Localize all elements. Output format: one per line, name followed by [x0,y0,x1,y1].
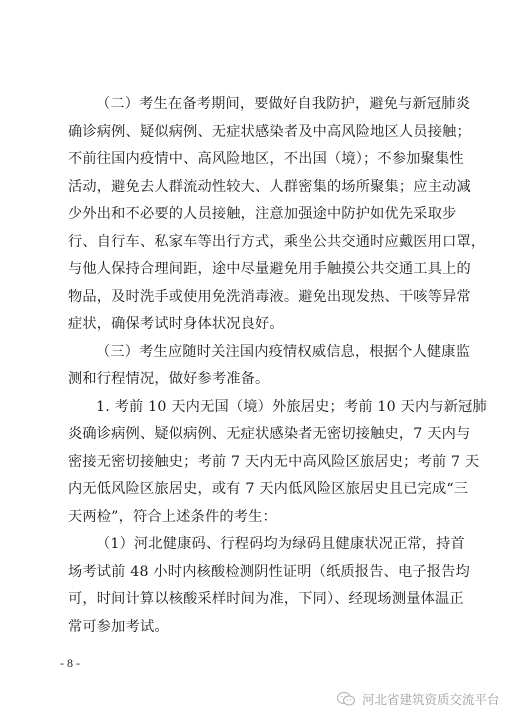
paragraph-2-line-8: 物品，及时洗手或使用免洗消毒液。避免出现发热、干咳等异常 [68,287,453,307]
paragraph-2-line-3: 不前往国内疫情中、高风险地区，不出国（境）；不参加聚集性 [68,149,453,169]
document-page: （二）考生在备考期间，要做好自我防护，避免与新冠肺炎 确诊病例、疑似病例、无症状… [0,0,513,728]
paragraph-3-line-2: 测和行程情况，做好参考准备。 [68,369,453,389]
item-1-1-line-3: 可，时间计算以核酸采样时间为准，下同）、经现场测量体温正 [68,589,453,609]
paragraph-2-line-5: 少外出和不必要的人员接触，注意加强途中防护如优先采取步 [68,204,453,224]
item-1-line-3: 密接无密切接触史；考前 7 天内无中高风险区旅居史；考前 7 天 [68,452,453,472]
page-number: - 8 - [60,656,80,671]
paragraph-2-line-2: 确诊病例、疑似病例、无症状感染者及中高风险地区人员接触； [68,122,453,142]
paragraph-3-line-1: （三）考生应随时关注国内疫情权威信息，根据个人健康监 [96,342,453,362]
item-1-line-4: 内无低风险区旅居史，或有 7 天内低风险区旅居史且已完成“三 [68,479,453,499]
paragraph-2-line-4: 活动，避免去人群流动性较大、人群密集的场所聚集；应主动减 [68,177,453,197]
item-1-line-2: 炎确诊病例、疑似病例、无症状感染者无密切接触史，7 天内与 [68,424,453,444]
item-1-1-line-4: 常可参加考试。 [68,617,453,637]
item-1-1-line-1: （1）河北健康码、行程码均为绿码且健康状况正常，持首 [96,534,453,554]
paragraph-2-line-6: 行、自行车、私家车等出行方式，乘坐公共交通时应戴医用口罩， [68,232,453,252]
paragraph-2-line-9: 症状，确保考试时身体状况良好。 [68,314,453,334]
wechat-icon [336,691,356,707]
item-1-line-1: 1. 考前 10 天内无国（境）外旅居史；考前 10 天内与新冠肺 [96,397,453,417]
item-1-line-5: 天两检”，符合上述条件的考生： [68,507,453,527]
paragraph-2-line-7: 与他人保持合理间距，途中尽量避免用手触摸公共交通工具上的 [68,259,453,279]
item-1-1-line-2: 场考试前 48 小时内核酸检测阴性证明（纸质报告、电子报告均 [68,562,453,582]
watermark: 河北省建筑资质交流平台 [336,690,500,708]
watermark-text: 河北省建筑资质交流平台 [362,690,500,708]
paragraph-2-line-1: （二）考生在备考期间，要做好自我防护，避免与新冠肺炎 [96,94,453,114]
